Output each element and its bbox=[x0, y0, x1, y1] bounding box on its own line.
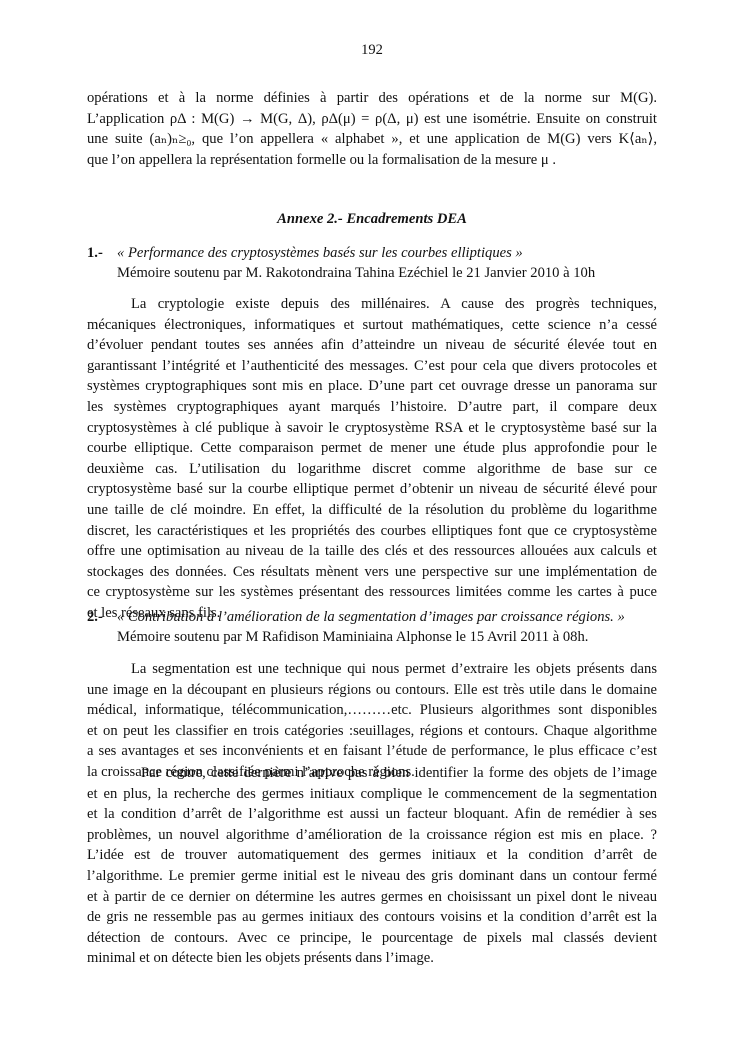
text-line: l’algorithme. Le premier germe initial e… bbox=[87, 866, 657, 887]
text-line-content: La cryptologie existe depuis des milléna… bbox=[131, 296, 657, 312]
item-1-paragraph: La cryptologie existe depuis des milléna… bbox=[87, 294, 657, 624]
text-line: les systèmes cryptographiques ayant marq… bbox=[87, 397, 657, 418]
text-line: problèmes, un nouvel algorithme d’amélio… bbox=[87, 825, 657, 846]
item-1-header: 1.-« Performance des cryptosystèmes basé… bbox=[87, 243, 595, 283]
text-line: une suite (aₙ)ₙ≥₀, que l’on appellera « … bbox=[87, 129, 657, 150]
text-line: et en plus, la recherche des germes init… bbox=[87, 784, 657, 805]
text-line: systèmes cryptographiques sont mis en pl… bbox=[87, 376, 657, 397]
text-line: une image en la découpant en plusieurs r… bbox=[87, 680, 657, 701]
text-line: détection de contours. Avec ce principe,… bbox=[87, 928, 657, 949]
intro-paragraph: opérations et à la norme définies à part… bbox=[87, 88, 657, 170]
item-subtitle: Mémoire soutenu par M. Rakotondraina Tah… bbox=[87, 263, 595, 283]
text-line: courbe elliptique. Cette comparaison per… bbox=[87, 438, 657, 459]
text-line: L’idée est de trouver automatiquement de… bbox=[87, 845, 657, 866]
text-line: et à partir de ce dernier on détermine l… bbox=[87, 887, 657, 908]
text-line-content: La segmentation est une technique qui no… bbox=[131, 661, 657, 677]
text-line: offre une optimisation au niveau de la t… bbox=[87, 541, 657, 562]
text-line: que l’on appellera la représentation for… bbox=[87, 150, 657, 171]
text-line: Par contre, cette dernière n’arrive pas … bbox=[87, 763, 657, 784]
text-line-content: Par contre, cette dernière n’arrive pas … bbox=[141, 765, 657, 781]
text-line: de gris ne ressemble pas au germes initi… bbox=[87, 907, 657, 928]
text-line: mécaniques électroniques, informatiques … bbox=[87, 315, 657, 336]
page-number: 192 bbox=[0, 42, 744, 59]
text-line: La segmentation est une technique qui no… bbox=[87, 659, 657, 680]
item-2-header: 2.-« Contribution à l’amélioration de la… bbox=[87, 607, 625, 647]
item-title: « Contribution à l’amélioration de la se… bbox=[117, 609, 625, 625]
text-line: cryptosystème basé sur la courbe ellipti… bbox=[87, 479, 657, 500]
item-number: 1.- bbox=[87, 243, 117, 263]
item-2-paragraph-2: Par contre, cette dernière n’arrive pas … bbox=[87, 763, 657, 969]
text-line: La cryptologie existe depuis des milléna… bbox=[87, 294, 657, 315]
text-line: ce cryptosystème sur les systèmes présen… bbox=[87, 582, 657, 603]
text-line: a ses avantages et ses inconvénients et … bbox=[87, 741, 657, 762]
text-line: et on peut les classifier en trois catég… bbox=[87, 721, 657, 742]
annex-title: Annexe 2.- Encadrements DEA bbox=[0, 211, 744, 228]
item-title: « Performance des cryptosystèmes basés s… bbox=[117, 245, 523, 261]
text-line: minimal et on détecte bien les objets pr… bbox=[87, 948, 657, 969]
text-line: médical, informatique, télécommunication… bbox=[87, 700, 657, 721]
item-subtitle: Mémoire soutenu par M Rafidison Maminiai… bbox=[87, 627, 625, 647]
text-line: et la condition d’arrêt de l’algorithme … bbox=[87, 804, 657, 825]
text-line: stockages des données. Ces résultats mèn… bbox=[87, 562, 657, 583]
text-line: opérations et à la norme définies à part… bbox=[87, 88, 657, 109]
text-line: garantissant l’intégrité et l’authentici… bbox=[87, 356, 657, 377]
text-line: deuxième cas. L’utilisation du logarithm… bbox=[87, 459, 657, 480]
item-number: 2.- bbox=[87, 607, 117, 627]
text-line: cryptosystèmes à clé publique à savoir l… bbox=[87, 418, 657, 439]
text-line: une taille de clé moindre. En effet, la … bbox=[87, 500, 657, 521]
text-line: discret, les caractéristiques et les pro… bbox=[87, 521, 657, 542]
text-line: L’application ρΔ : M(G) → M(G, Δ), ρΔ(μ)… bbox=[87, 109, 657, 130]
text-line: d’évoluer pendant toutes ses années afin… bbox=[87, 335, 657, 356]
